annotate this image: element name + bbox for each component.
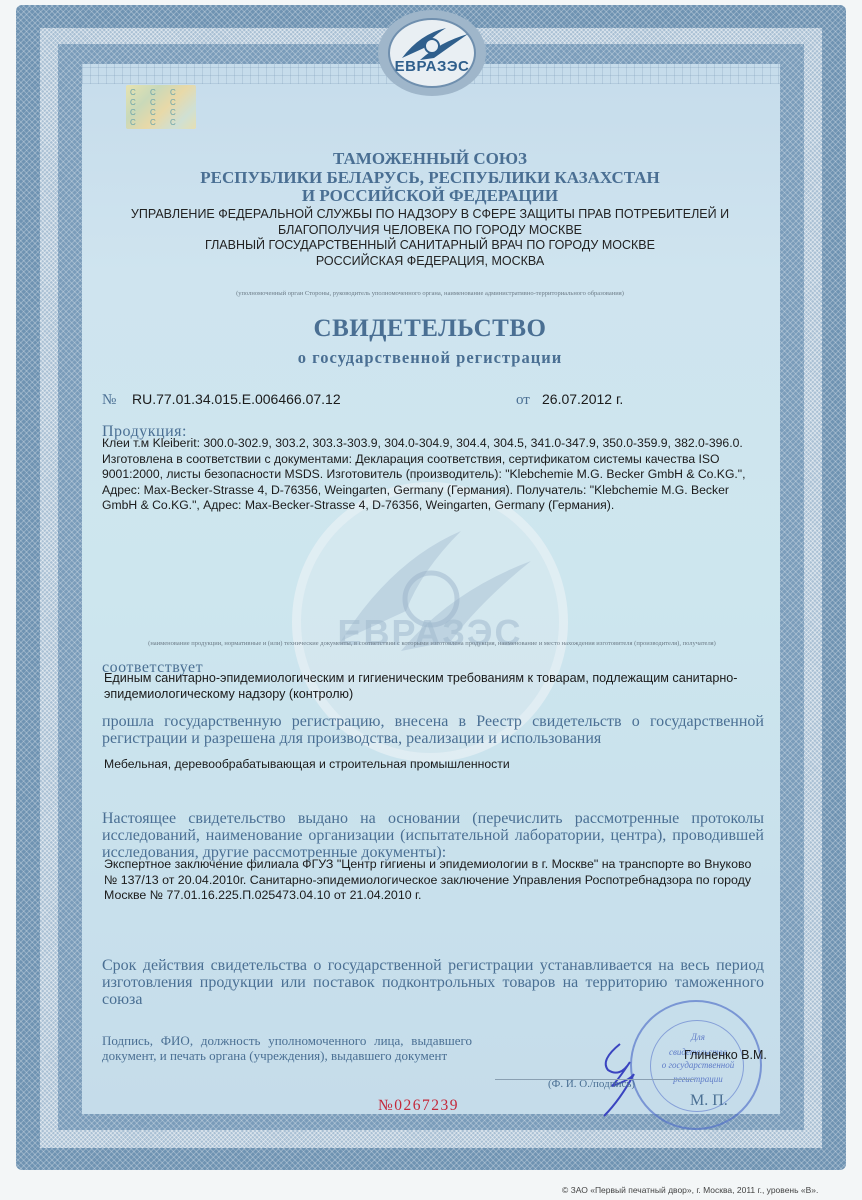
serial-number: №0267239 [378,1097,459,1115]
seal-place-label: М. П. [690,1092,728,1110]
union-line: ТАМОЖЕННЫЙ СОЮЗ [100,150,760,169]
document-title: СВИДЕТЕЛЬСТВО [100,315,760,343]
registration-statement: прошла государственную регистрацию, внес… [102,713,764,747]
signer-name: Глиненко В.М. [684,1048,767,1062]
signature-caption: Подпись, ФИО, должность уполномоченного … [102,1034,472,1063]
union-line: РЕСПУБЛИКИ БЕЛАРУСЬ, РЕСПУБЛИКИ КАЗАХСТА… [100,169,760,188]
product-description: Клеи т.м Kleiberit: 300.0-302.9, 303.2, … [102,436,764,514]
number-symbol: № [102,392,116,409]
agency-line: УПРАВЛЕНИЕ ФЕДЕРАЛЬНОЙ СЛУЖБЫ ПО НАДЗОРУ… [100,207,760,223]
basis-label: Настоящее свидетельство выдано на основа… [102,810,764,861]
authority-caption: (уполномоченный орган Стороны, руководит… [140,290,720,297]
union-header: ТАМОЖЕННЫЙ СОЮЗ РЕСПУБЛИКИ БЕЛАРУСЬ, РЕС… [100,150,760,206]
hologram-sticker: C C C C C C C C C C C C C C C C [126,85,196,129]
agency-line: ГЛАВНЫЙ ГОСУДАРСТВЕННЫЙ САНИТАРНЫЙ ВРАЧ … [100,238,760,254]
agency-header: УПРАВЛЕНИЕ ФЕДЕРАЛЬНОЙ СЛУЖБЫ ПО НАДЗОРУ… [100,207,760,269]
conformity-text: Единым санитарно-эпидемиологическим и ги… [104,671,744,702]
agency-line: БЛАГОПОЛУЧИЯ ЧЕЛОВЕКА ПО ГОРОДУ МОСКВЕ [100,223,760,239]
basis-documents: Экспертное заключение филиала ФГУЗ "Цент… [104,857,764,904]
fio-caption: (Ф. И. О./подпись) [548,1078,635,1090]
product-caption: (наименование продукции, нормативные и (… [100,640,764,647]
union-line: И РОССИЙСКОЙ ФЕДЕРАЦИИ [100,187,760,206]
registration-date: 26.07.2012 г. [542,391,623,407]
hologram-glyphs: C C C C C C C C C C C C C C C C [130,88,182,129]
emblem-label: ЕВРАЗЭС [370,58,494,75]
usage-area: Мебельная, деревообрабатывающая и строит… [104,757,510,771]
eurasec-emblem: ЕВРАЗЭС [370,10,494,96]
registration-number: RU.77.01.34.015.E.006466.07.12 [132,391,341,407]
stamp-text: Для [656,1032,740,1043]
watermark-label: ЕВРАЗЭС [292,612,568,654]
emblem-disc [388,18,476,88]
date-label: от [516,392,530,409]
agency-line: РОССИЙСКАЯ ФЕДЕРАЦИЯ, МОСКВА [100,254,760,270]
validity-statement: Срок действия свидетельства о государств… [102,957,764,1008]
document-subtitle: о государственной регистрации [100,348,760,368]
printer-footer: © ЗАО «Первый печатный двор», г. Москва,… [562,1185,818,1195]
